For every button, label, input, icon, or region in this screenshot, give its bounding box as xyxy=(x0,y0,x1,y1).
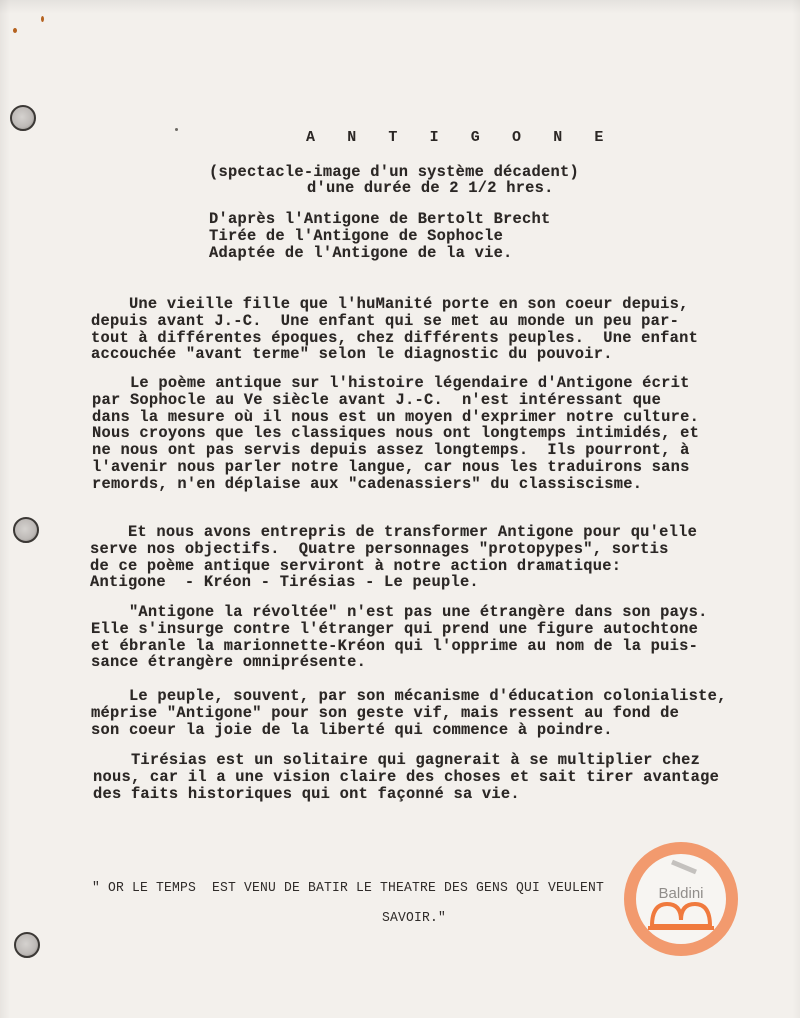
paragraph-line: accouchée "avant terme" selon le diagnos… xyxy=(91,346,613,363)
paragraph-line: Elle s'insurge contre l'étranger qui pre… xyxy=(91,621,698,638)
paper-speck xyxy=(175,128,178,131)
punch-hole-bottom xyxy=(14,932,40,958)
paragraph-line: par Sophocle au Ve siècle avant J.-C. n'… xyxy=(92,392,661,409)
paragraph-line: "Antigone la révoltée" n'est pas une étr… xyxy=(91,604,708,621)
baldini-watermark-logo: Baldini xyxy=(622,840,740,958)
punch-hole-middle xyxy=(13,517,39,543)
paragraph-line: ne nous ont pas servis depuis assez long… xyxy=(92,442,690,459)
paper-speck xyxy=(13,28,17,33)
punch-hole-top xyxy=(10,105,36,131)
paragraph-line: méprise "Antigone" pour son geste vif, m… xyxy=(91,705,679,722)
paragraph-line: l'avenir nous parler notre langue, car n… xyxy=(92,459,690,476)
paragraph-line: Tirésias est un solitaire qui gagnerait … xyxy=(93,752,700,769)
paragraph-line: Antigone - Kréon - Tirésias - Le peuple. xyxy=(90,574,479,591)
svg-text:Baldini: Baldini xyxy=(658,885,703,902)
paragraph-line: remords, n'en déplaise aux "cadenassiers… xyxy=(92,476,642,493)
closing-quote-line-2: SAVOIR." xyxy=(382,910,446,926)
paragraph-line: sance étrangère omniprésente. xyxy=(91,654,366,671)
baldini-logo-icon: Baldini xyxy=(622,840,740,958)
paragraph-line: nous, car il a une vision claire des cho… xyxy=(93,769,719,786)
paragraph-line: de ce poème antique serviront à notre ac… xyxy=(90,558,621,575)
paragraph-line: Et nous avons entrepris de transformer A… xyxy=(90,524,697,541)
attribution-line: Adaptée de l'Antigone de la vie. xyxy=(209,245,513,262)
paragraph-line: depuis avant J.-C. Une enfant qui se met… xyxy=(91,313,679,330)
paragraph-line: et ébranle la marionnette-Kréon qui l'op… xyxy=(91,638,698,655)
paragraph-line: Le peuple, souvent, par son mécanisme d'… xyxy=(91,688,727,705)
attribution-line: D'après l'Antigone de Bertolt Brecht xyxy=(209,211,551,228)
closing-quote-line-1: " OR LE TEMPS EST VENU DE BATIR LE THEAT… xyxy=(92,880,604,896)
paper-speck xyxy=(41,16,44,22)
paragraph-line: Le poème antique sur l'histoire légendai… xyxy=(92,375,690,392)
paragraph-line: tout à différentes époques, chez différe… xyxy=(91,330,698,347)
paragraph-line: Nous croyons que les classiques nous ont… xyxy=(92,425,699,442)
paragraph-line: des faits historiques qui ont façonné sa… xyxy=(93,786,520,803)
paragraph-line: serve nos objectifs. Quatre personnages … xyxy=(90,541,669,558)
paragraph-line: dans la mesure où il nous est un moyen d… xyxy=(92,409,699,426)
paragraph-line: Une vieille fille que l'huManité porte e… xyxy=(91,296,689,313)
subtitle-line: d'une durée de 2 1/2 hres. xyxy=(307,180,554,197)
document-title: A N T I G O N E xyxy=(306,129,615,146)
attribution-line: Tirée de l'Antigone de Sophocle xyxy=(209,228,503,245)
paragraph-line: son coeur la joie de la liberté qui comm… xyxy=(91,722,613,739)
